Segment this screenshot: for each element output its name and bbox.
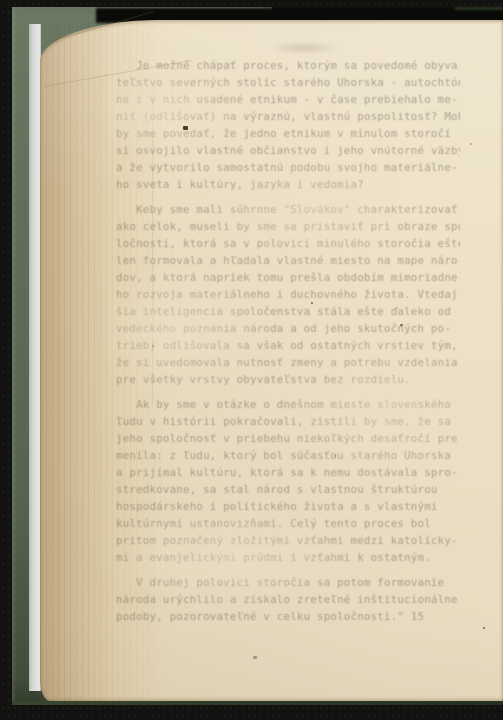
ink-speck [183,126,188,130]
dust-speck [334,455,336,457]
text-line: kultúrnymi ustanovizňami. Celý tento pro… [116,515,460,532]
text-line: ako celok, museli by sme sa pristaviť pr… [116,218,460,235]
cover-top-edge-glint [455,7,503,10]
text-line: vedeckého poznania národa a od jeho skut… [116,320,460,337]
text-line: hospodárskeho i politického života a s v… [116,498,460,515]
text-line: Je možné chápať proces, ktorým sa povedo… [116,57,460,74]
text-line: národa urýchlilo a získalo zreteľné inšt… [116,591,460,608]
text-line: pre všetky vrstvy obyvateľstva bez rozdi… [116,371,460,388]
dust-speck [483,627,485,629]
text-line: teľstvo severných stolíc starého Uhorska… [116,74,460,91]
text-line: ne i v nich usadené etnikum - v čase pre… [116,91,460,108]
text-line: podoby, pozorovateľné v celku spoločnost… [116,608,460,625]
paragraph: Keby sme mali súhrnne "Slovákov" charakt… [116,201,460,388]
text-line: len formovala a hľadala vlastné miesto n… [116,252,460,269]
text-line: dov, a ktorá napriek tomu prešla obdobím… [116,269,460,286]
text-line: pritom poznačený zložitými vzťahmi medzi… [116,532,460,549]
text-line: jeho spoločnosť v priebehu niekoľkých de… [116,430,460,447]
text-line: Keby sme mali súhrnne "Slovákov" charakt… [116,201,460,218]
text-line: stredkovane, sa stal národ s vlastnou št… [116,481,460,498]
text-line: by sme povedať, že jedno etnikum v minul… [116,125,460,142]
text-line: niť (odlišovať) na výraznú, vlastnú posp… [116,108,460,125]
text-line: ľudu v histórii pokračovali, zistili by … [116,413,460,430]
paragraph: Je možné chápať proces, ktorým sa povedo… [116,57,460,193]
text-line: Ak by sme v otázke o dnešnom mieste slov… [116,396,460,413]
cover-bottom-edge [12,701,503,705]
text-line: a že vytvorilo samostatnú podobu svojho … [116,159,460,176]
text-line: a prijímal kultúru, ktorá sa k nemu dost… [116,464,460,481]
dust-speck [152,345,154,347]
text-line: menila: z ľudu, ktorý bol súčasťou staré… [116,447,460,464]
dust-speck [311,302,313,304]
paragraph: Ak by sme v otázke o dnešnom mieste slov… [116,396,460,566]
dust-speck [253,656,257,659]
text-line: ho rozvoja materiálneho i duchovného živ… [116,286,460,303]
dust-speck [470,143,472,145]
text-line: mi a evanjelickými prúdmi i vzťahmi k os… [116,549,460,566]
text-line: šia inteligencia spoločenstva stála ešte… [116,303,460,320]
paragraph: V druhej polovici storočia sa potom form… [116,574,460,625]
text-line: si osvojilo vlastné občianstvo i jeho vn… [116,142,460,159]
text-line: trieb; odlišovala sa však od ostatných v… [116,337,460,354]
page-number-smudge [268,42,340,54]
text-line: ho sveta i kultúry, jazyka i vedomia? [116,176,460,193]
text-line: ločnosti, ktorá sa v polovici minulého s… [116,235,460,252]
text-line: V druhej polovici storočia sa potom form… [116,574,460,591]
page-text: Je možné chápať proces, ktorým sa povedo… [116,57,460,633]
text-line: že si uvedomovala nutnosť zmeny a potreb… [116,354,460,371]
dust-speck [400,324,403,326]
